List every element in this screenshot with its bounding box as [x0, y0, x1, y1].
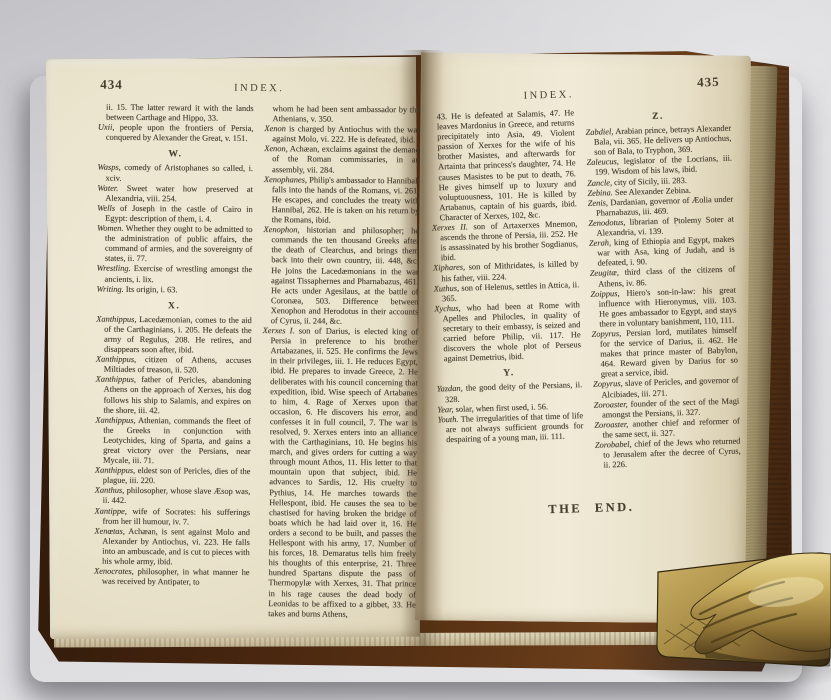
page-number-left: 434 — [100, 77, 123, 93]
index-entry: Zoippus, Hiero's son-in-law: his great i… — [590, 285, 737, 330]
index-entry: Xenophon, historian and philosopher; he … — [263, 225, 419, 327]
entry-headword: Year, — [437, 405, 453, 414]
entry-headword: Zoroaster, — [594, 420, 628, 430]
index-column: 43. He is defeated at Salamis, 47. He le… — [428, 108, 584, 475]
entry-headword: Youth. — [437, 415, 458, 425]
index-entry: Xanthippus, eldest son of Pericles, dies… — [95, 466, 251, 488]
entry-headword: Women. — [97, 224, 124, 233]
entry-headword: Xenon, — [264, 144, 288, 153]
entry-headword: Zancle, — [587, 178, 612, 188]
index-entry: Wells of Joseph in the castle of Cairo i… — [97, 203, 253, 225]
left-page-columns: ii. 15. The latter reward it with the la… — [94, 103, 420, 621]
index-entry: Wrestling. Exercise of wrestling amongst… — [97, 264, 253, 286]
entry-headword: Xanthus, — [95, 486, 125, 495]
entry-headword: Wasps, — [98, 163, 121, 172]
entry-headword: Xenophanes, — [264, 175, 307, 184]
index-entry: 43. He is defeated at Salamis, 47. He le… — [428, 108, 577, 223]
index-entry: Xanthippus, citizen of Athens, accuses M… — [96, 355, 252, 377]
index-entry: Xenocrates, philosopher, in what manner … — [94, 567, 250, 589]
entry-headword: Yazdan, — [437, 384, 463, 394]
section-heading: Y. — [436, 366, 582, 380]
entry-headword: Xychus, — [434, 303, 461, 313]
left-page-text: 434 INDEX. ii. 15. The latter reward it … — [94, 73, 421, 621]
index-entry: Xenœtas, Achæan, is sent against Molo an… — [94, 526, 250, 568]
entry-headword: Zoroaster, — [594, 399, 628, 409]
index-entry: whom he had been sent ambassador by the … — [264, 104, 420, 126]
entry-headword: Zoippus, — [590, 289, 619, 299]
entry-headword: Water. — [97, 183, 118, 192]
entry-headword: Writing. — [96, 284, 123, 293]
running-header-left: INDEX. — [234, 83, 284, 94]
left-page-header: 434 INDEX. — [98, 73, 420, 100]
running-header-right: INDEX. — [523, 89, 574, 101]
entry-headword: Xenon — [264, 124, 285, 133]
index-entry: Xenon is charged by Antiochus with the w… — [264, 124, 420, 146]
index-entry: Women. Whether they ought to be admitted… — [97, 224, 253, 266]
entry-headword: Xerxes II. — [432, 222, 468, 232]
entry-headword: Zabdiel, — [585, 127, 613, 137]
section-heading: W. — [98, 149, 254, 160]
entry-headword: Xanthippus, — [95, 415, 135, 424]
entry-headword: Xenophon, — [263, 225, 299, 234]
index-entry: Wasps, comedy of Aristophanes so called,… — [97, 163, 253, 185]
index-entry: Youth. The irregularities of that time o… — [437, 411, 583, 446]
index-entry: Xenophanes, Philip's ambassador to Hanni… — [264, 175, 420, 227]
section-heading: Z. — [585, 110, 731, 124]
entry-headword: Xanthippus, — [96, 314, 136, 323]
index-entry: ii. 15. The latter reward it with the la… — [98, 103, 254, 125]
entry-headword: Zorobabel, — [595, 440, 632, 450]
index-column: whom he had been sent ambassador by the … — [260, 104, 420, 620]
entry-headword: Xerxes I. — [263, 326, 295, 335]
entry-headword: Xuthus, — [434, 283, 460, 293]
entry-headword: Zerah, — [589, 238, 611, 248]
entry-headword: Wrestling. — [97, 264, 131, 273]
entry-headword: Zeugitæ, — [590, 268, 619, 278]
entry-headword: Zopyrus, — [593, 379, 623, 389]
page-number-right: 435 — [697, 74, 720, 91]
index-entry: Xerxes II. son of Artaxerxes Mnemon, asc… — [432, 219, 579, 264]
index-entry: Zopyrus, Persian lord, mutilates himself… — [591, 325, 738, 380]
entry-headword: Zopyrus, — [591, 329, 621, 339]
entry-headword: Xenocrates, — [94, 567, 134, 576]
index-entry: Xanthippus, Athenian, commands the fleet… — [95, 415, 251, 467]
entry-headword: Xanthippus, — [95, 466, 135, 475]
right-page-columns: 43. He is defeated at Salamis, 47. He le… — [428, 104, 741, 476]
entry-headword: Zenis, — [588, 198, 609, 208]
photograph: 434 INDEX. ii. 15. The latter reward it … — [0, 0, 831, 700]
right-page-text: INDEX. 435 43. He is defeated at Salamis… — [428, 74, 743, 521]
entry-headword: Xantippe, — [95, 506, 127, 515]
index-entry: Zorobabel, chief of the Jews who returne… — [595, 436, 741, 471]
index-entry: Xanthus, philosopher, whose slave Æsop w… — [95, 486, 251, 508]
entry-headword: Uxii, — [98, 123, 115, 132]
index-entry: Zerah, king of Ethiopia and Egypt, makes… — [589, 235, 735, 270]
index-entry: Writing. Its origin, i. 63. — [96, 284, 252, 295]
entry-headword: Wells — [97, 203, 115, 212]
entry-headword: Xiphares, — [433, 263, 465, 273]
index-entry: Xanthippus, Lacedæmonian, comes to the a… — [96, 314, 252, 356]
index-entry: Zabdiel, Arabian prince, betrays Alexand… — [585, 124, 731, 159]
entry-headword: Xanthippus, — [96, 355, 136, 364]
section-heading: X. — [96, 300, 252, 311]
index-column: Z.Zabdiel, Arabian prince, betrays Alexa… — [585, 104, 741, 471]
entry-headword: Zenodotus, — [588, 218, 625, 228]
brass-hand-page-clip — [636, 544, 831, 674]
index-entry: Water. Sweet water how preserved at Alex… — [97, 183, 253, 205]
entry-headword: Zaleucus, — [586, 157, 619, 167]
index-entry: Xantippe, wife of Socrates: his sufferin… — [94, 506, 250, 528]
entry-headword: Xanthippus, — [96, 375, 136, 384]
index-column: ii. 15. The latter reward it with the la… — [94, 103, 254, 619]
index-entry: Uxii, people upon the frontiers of Persi… — [98, 123, 254, 145]
index-entry: Xerxes I. son of Darius, is elected king… — [260, 326, 418, 620]
index-entry: Xanthippus, father of Pericles, abandoni… — [95, 375, 251, 417]
index-entry: Xychus, who had been at Rome with Apelle… — [434, 300, 581, 365]
entry-headword: Xenœtas, — [94, 526, 125, 535]
entry-headword: Zebina. — [587, 188, 613, 198]
index-entry: Xenon, Achæan, exclaims against the dema… — [264, 144, 420, 176]
